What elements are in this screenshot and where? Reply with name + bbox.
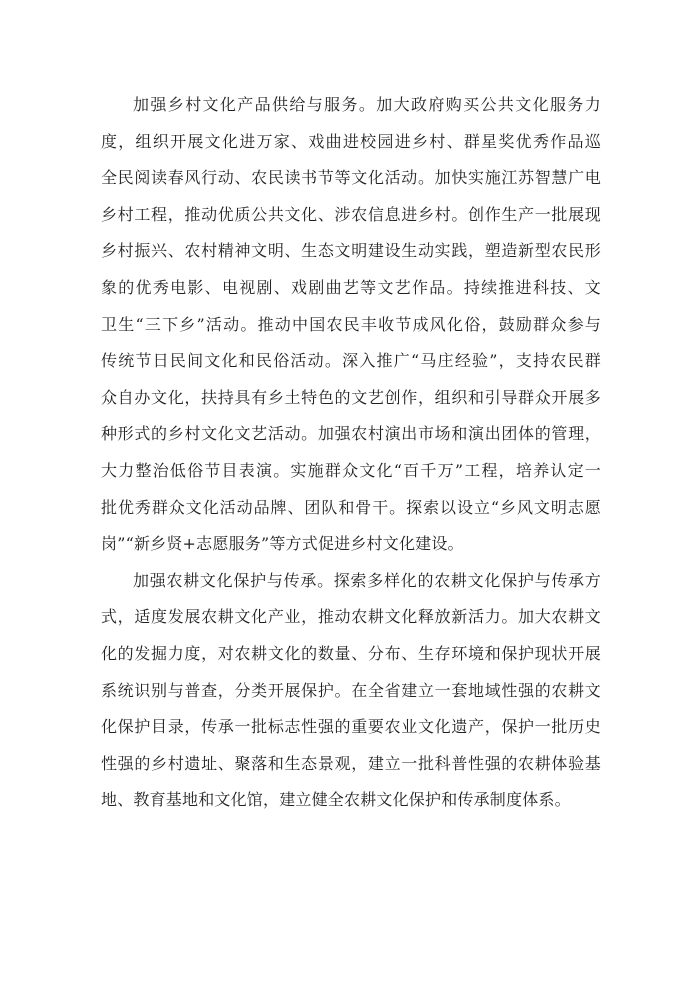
paragraph-farming-culture-preservation: 加强农耕文化保护与传承。探索多样化的农耕文化保护与传承方 式，适度发展农耕文化产… [101, 563, 601, 819]
text-line: 种形式的乡村文化文艺活动。加强农村演出市场和演出团体的管理， [101, 416, 601, 453]
document-page: 加强乡村文化产品供给与服务。加大政府购买公共文化服务力 度，组织开展文化进万家、… [0, 0, 700, 990]
text-line: 卫生“三下乡”活动。推动中国农民丰收节成风化俗，鼓励群众参与 [101, 307, 601, 344]
text-line: 大力整治低俗节目表演。实施群众文化“百千万”工程，培养认定一 [101, 453, 601, 490]
text-line: 性强的乡村遗址、聚落和生态景观，建立一批科普性强的农耕体验基 [101, 746, 601, 783]
text-line: 加强乡村文化产品供给与服务。加大政府购买公共文化服务力 [101, 87, 601, 124]
text-line: 批优秀群众文化活动品牌、团队和骨干。探索以设立“乡风文明志愿 [101, 490, 601, 527]
text-line: 象的优秀电影、电视剧、戏剧曲艺等文艺作品。持续推进科技、文化、 [101, 270, 601, 307]
text-line: 乡村振兴、农村精神文明、生态文明建设生动实践，塑造新型农民形 [101, 233, 601, 270]
text-line: 度，组织开展文化进万家、戏曲进校园进乡村、群星奖优秀作品巡演、 [101, 124, 601, 161]
text-line: 乡村工程，推动优质公共文化、涉农信息进乡村。创作生产一批展现 [101, 197, 601, 234]
text-line: 式，适度发展农耕文化产业，推动农耕文化释放新活力。加大农耕文 [101, 599, 601, 636]
text-line: 众自办文化，扶持具有乡土特色的文艺创作，组织和引导群众开展多 [101, 380, 601, 417]
text-line: 全民阅读春风行动、农民读书节等文化活动。加快实施江苏智慧广电 [101, 160, 601, 197]
text-line: 地、教育基地和文化馆，建立健全农耕文化保护和传承制度体系。 [101, 782, 601, 819]
text-line: 化保护目录，传承一批标志性强的重要农业文化遗产，保护一批历史 [101, 709, 601, 746]
text-line: 岗”“新乡贤+志愿服务”等方式促进乡村文化建设。 [101, 526, 601, 563]
text-line: 系统识别与普查，分类开展保护。在全省建立一套地域性强的农耕文 [101, 673, 601, 710]
paragraph-culture-products-services: 加强乡村文化产品供给与服务。加大政府购买公共文化服务力 度，组织开展文化进万家、… [101, 87, 601, 563]
text-line: 化的发掘力度，对农耕文化的数量、分布、生存环境和保护现状开展 [101, 636, 601, 673]
text-line: 传统节日民间文化和民俗活动。深入推广“马庄经验”，支持农民群 [101, 343, 601, 380]
text-line: 加强农耕文化保护与传承。探索多样化的农耕文化保护与传承方 [101, 563, 601, 600]
